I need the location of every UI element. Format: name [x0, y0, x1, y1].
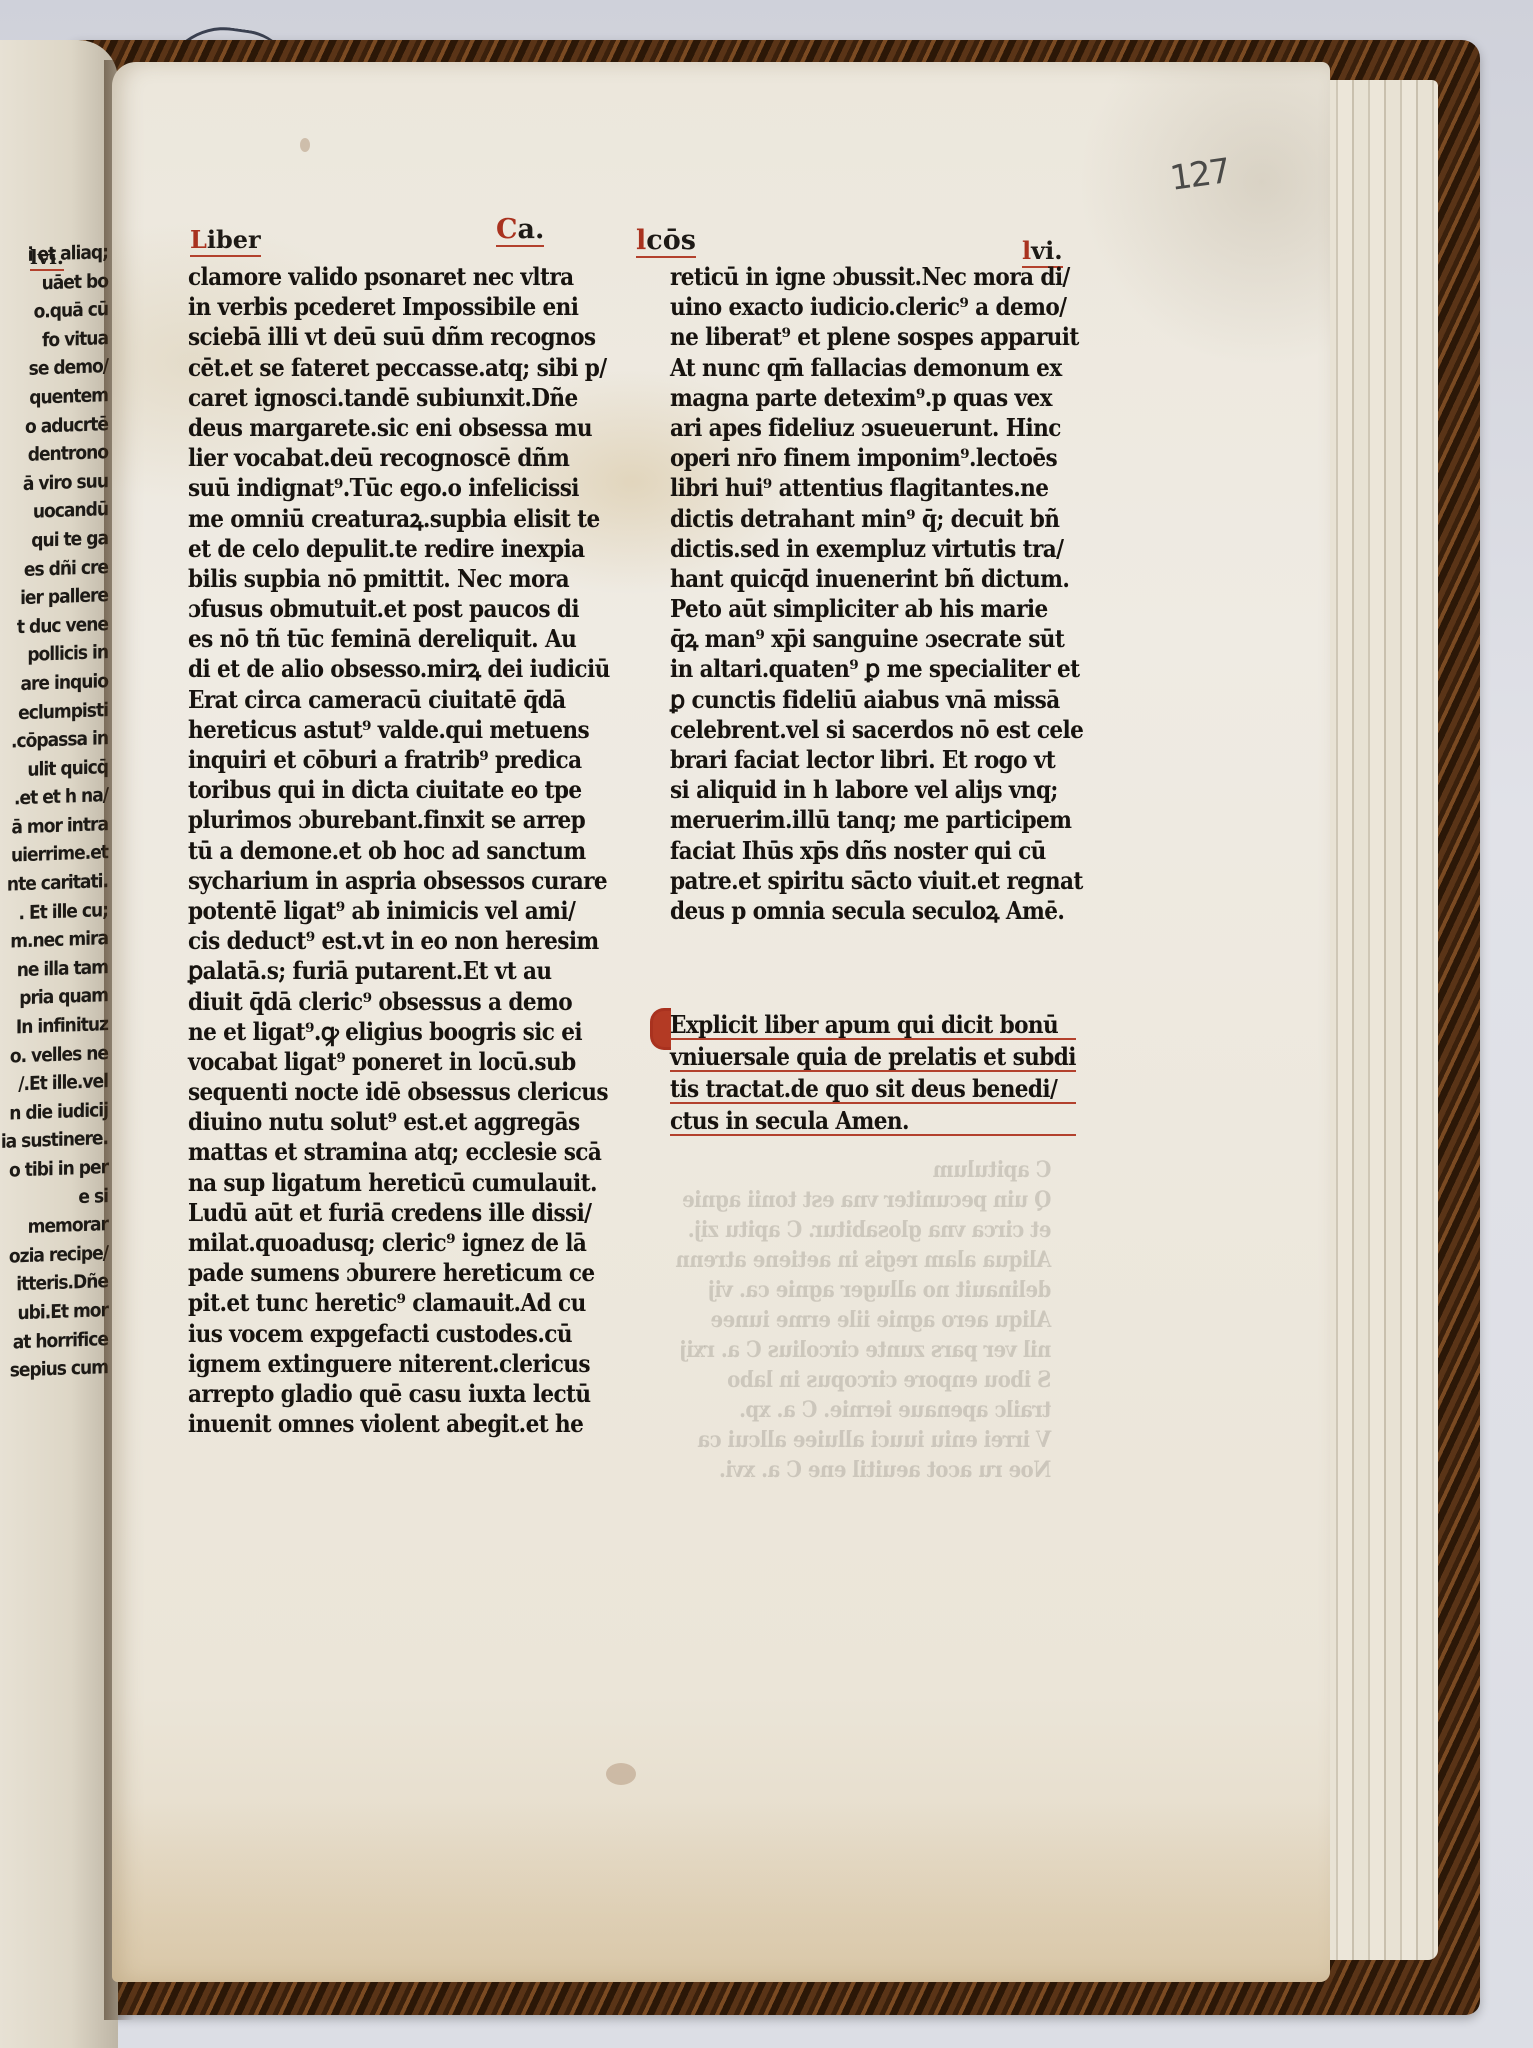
show-through-line: et circa vna glosabitur. C apitu zij. [676, 1215, 1051, 1245]
colophon-line: tis tractat.de quo sit deus benedi/ [670, 1074, 1076, 1104]
text-line: ignem extinguere niterent.clericus [188, 1349, 608, 1379]
left-page-line: .et et h na/ [0, 781, 108, 813]
folio-number: 127 [1168, 151, 1232, 199]
left-page-line: o.quā cū [0, 295, 108, 327]
text-line: ari apes fideliuz ɔsueuerunt. Hinc [670, 413, 1090, 443]
text-line: lier vocabat.deū recognoscē dñm [188, 443, 608, 473]
text-line: potentē ligat⁹ ab inimicis vel ami/ [188, 896, 608, 926]
text-line: pit.et tunc heretic⁹ clamauit.Ad cu [188, 1288, 608, 1318]
text-line: es nō tñ tūc feminā dereliquit. Au [188, 624, 608, 654]
text-line: in verbis pcederet Impossibile eni [188, 292, 608, 322]
left-page-line: es dñi cre [0, 553, 108, 585]
text-line: Ludū aūt et furiā credens ille dissi/ [188, 1198, 608, 1228]
text-line: diuit q̄dā cleric⁹ obsessus a demo [188, 987, 608, 1017]
text-line: sciebā illi vt deū suū dñm recognos [188, 322, 608, 352]
left-page-line: pria quam [0, 982, 108, 1014]
left-facing-page: lvi. i et aliaq;uāet boo.quā cūfo vituas… [0, 40, 118, 2048]
left-page-line: uāet bo [0, 267, 108, 299]
text-line: si aliquid in h labore vel aliȷs vnq; [670, 775, 1090, 805]
text-line: libri hui⁹ attentius flagitantes.ne [670, 473, 1090, 503]
left-page-line: uierrime.et [0, 839, 108, 871]
show-through-line: Noe ru acot aeuitil ene C a. xvi. [676, 1455, 1051, 1485]
rubricated-paragraph-mark [650, 1008, 671, 1050]
left-page-text: i et aliaq;uāet boo.quā cūfo vituase dem… [0, 238, 108, 1386]
text-line: ꝑalatā.s; furiā putarent.Et vt au [188, 956, 608, 986]
text-line: ɔfusus obmutuit.et post paucos di [188, 594, 608, 624]
text-line: mattas et stramina atq; ecclesie scā [188, 1137, 608, 1167]
colophon-line: vniuersale quia de prelatis et subdi [670, 1042, 1076, 1072]
left-page-line: ulit quicq̄ [0, 753, 108, 785]
text-line: dictis detrahant min⁹ q̄; decuit bñ [670, 504, 1090, 534]
left-page-line: ne illa tam [0, 953, 108, 985]
show-through-line: C apitulum [676, 1155, 1051, 1185]
left-page-line: are inquio [0, 667, 108, 699]
left-page-line: dentrono [0, 438, 108, 470]
left-page-line: In infinituz [0, 1010, 108, 1042]
text-line: clamore valido psonaret nec vltra [188, 262, 608, 292]
running-head-capitulum: Ca. [496, 215, 544, 247]
text-line: inuenit omnes violent abegit.et he [188, 1409, 608, 1439]
text-line: et de celo depulit.te redire inexpia [188, 534, 608, 564]
left-page-line: quentem [0, 381, 108, 413]
left-page-line: uocandū [0, 495, 108, 527]
left-page-line: se demo/ [0, 352, 108, 384]
left-page-line: n die iudicij [0, 1096, 108, 1128]
text-line: operi nr̄o finem imponim⁹.lectoēs [670, 443, 1090, 473]
left-page-line: ā viro suu [0, 467, 108, 499]
text-line: ne liberat⁹ et plene sospes apparuit [670, 322, 1090, 352]
left-page-line: at horrifice [0, 1325, 108, 1357]
left-page-line: . Et ille cu; [0, 896, 108, 928]
left-page-line: fo vitua [0, 324, 108, 356]
show-through-line: S ibou enpore circopus in labo [676, 1365, 1051, 1395]
left-page-line: ubi.Et mor [0, 1296, 108, 1328]
left-page-line: qui te ga [0, 524, 108, 556]
left-page-line: o aducrtē [0, 410, 108, 442]
left-page-line: /.Et ille.vel [0, 1067, 108, 1099]
running-head-title: lcōs [636, 226, 696, 258]
colophon-line: Explicit liber apum qui dicit bonū [670, 1010, 1076, 1040]
text-line: reticū in igne ɔbussit.Nec mora di/ [670, 262, 1090, 292]
left-page-line: ozia recipe/ [0, 1239, 108, 1271]
text-line: hant quicq̄d inuenerint bñ dictum. [670, 564, 1090, 594]
text-line: cēt.et se fateret peccasse.atq; sibi p/ [188, 353, 608, 383]
text-line: q̄ꝝ man⁹ xp̄i sanguine ɔsecrate sūt [670, 624, 1090, 654]
show-through-line: Q uin pecuniter vna est tonii agnie [676, 1185, 1051, 1215]
text-line: deus margarete.sic eni obsessa mu [188, 413, 608, 443]
text-line: in altari.quaten⁹ ꝑ me specialiter et [670, 654, 1090, 684]
text-line: diuino nutu solut⁹ est.et aggregās [188, 1107, 608, 1137]
show-through-line: V irrei eniu iuuci alluiee allcui ca [676, 1425, 1051, 1455]
text-line: deus p omnia secula seculoꝝ Amē. [670, 896, 1090, 926]
text-line: milat.quoadusq; cleric⁹ ignez de lā [188, 1228, 608, 1258]
text-line: sequenti nocte idē obsessus clericus [188, 1077, 608, 1107]
show-through-line: nil ver pars zunte circolius C a. rxij [676, 1335, 1051, 1365]
text-column-right: reticū in igne ɔbussit.Nec mora di/uino … [670, 262, 1090, 926]
left-page-line: pollicis in [0, 638, 108, 670]
left-page-line: ia sustinere. [0, 1125, 108, 1157]
text-line: Peto aūt simpliciter ab his marie [670, 594, 1090, 624]
left-page-line: sepius cum [0, 1353, 108, 1385]
left-page-line: itteris.Dñe [0, 1267, 108, 1299]
left-page-line: t duc vene [0, 610, 108, 642]
text-line: patre.et spiritu sācto viuit.et regnat [670, 866, 1090, 896]
text-column-left: clamore valido psonaret nec vltrain verb… [188, 262, 608, 1439]
page-stain [112, 1802, 1330, 1982]
text-line: tū a demone.et ob hoc ad sanctum [188, 836, 608, 866]
text-line: plurimos ɔburebant.finxit se arrep [188, 805, 608, 835]
text-line: caret ignosci.tandē subiunxit.Dñe [188, 383, 608, 413]
show-through-line: Aliqu aero agnie iile erme iunee [676, 1305, 1051, 1335]
text-line: di et de alio obsesso.mirꝝ dei iudiciū [188, 654, 608, 684]
left-page-line: ā mor intra [0, 810, 108, 842]
colophon: Explicit liber apum qui dicit bonūvniuer… [670, 1010, 1076, 1138]
left-page-line: eclumpisti [0, 696, 108, 728]
left-page-line: nte caritati. [0, 867, 108, 899]
text-line: ꝑ cunctis fideliū aiabus vnā missā [670, 685, 1090, 715]
left-page-line: m.nec mira [0, 924, 108, 956]
show-through-line: trailc apenaue iernie. C a. xp. [676, 1395, 1051, 1425]
left-page-line: .cōpassa in [0, 724, 108, 756]
text-line: sycharium in aspria obsessos curare [188, 866, 608, 896]
left-page-line: o tibi in per [0, 1153, 108, 1185]
colophon-line: ctus in secula Amen. [670, 1106, 1076, 1136]
text-line: ius vocem expgefacti custodes.cū [188, 1319, 608, 1349]
text-line: uino exacto iudicio.cleric⁹ a demo/ [670, 292, 1090, 322]
show-through-text: C apitulumQ uin pecuniter vna est tonii … [676, 1155, 1051, 1485]
text-line: Erat circa cameracū ciuitatē q̄dā [188, 685, 608, 715]
text-line: celebrent.vel si sacerdos nō est cele [670, 715, 1090, 745]
text-line: me omniū creaturaꝝ.supbia elisit te [188, 504, 608, 534]
text-line: At nunc qm̄ fallacias demonum ex [670, 353, 1090, 383]
text-line: ne et ligat⁹.ꝙ eligius boogris sic ei [188, 1017, 608, 1047]
show-through-line: Aliqua alam regis in aetiene atrenn [676, 1245, 1051, 1275]
text-line: na sup ligatum hereticū cumulauit. [188, 1168, 608, 1198]
left-page-line: ier pallere [0, 581, 108, 613]
text-line: cis deduct⁹ est.vt in eo non heresim [188, 926, 608, 956]
text-line: hereticus astut⁹ valde.qui metuens [188, 715, 608, 745]
running-head-liber: Liber [190, 225, 261, 257]
text-line: bilis supbia nō pmittit. Nec mora [188, 564, 608, 594]
text-line: suū indignat⁹.Tūc ego.o infelicissi [188, 473, 608, 503]
text-line: pade sumens ɔburere hereticum ce [188, 1258, 608, 1288]
show-through-line: delinauit no alluger agnie ca. vij [676, 1275, 1051, 1305]
text-line: magna parte detexim⁹.p quas vex [670, 383, 1090, 413]
text-line: vocabat ligat⁹ poneret in locū.sub [188, 1047, 608, 1077]
text-line: brari faciat lector libri. Et rogo vt [670, 745, 1090, 775]
text-line: toribus qui in dicta ciuitate eo tpe [188, 775, 608, 805]
foxing-spot [606, 1763, 636, 1785]
text-line: faciat Ihūs xp̄s dñs noster qui cū [670, 836, 1090, 866]
text-line: dictis.sed in exempluz virtutis tra/ [670, 534, 1090, 564]
left-page-line: e si memorar [0, 1182, 108, 1243]
text-line: arrepto gladio quē casu iuxta lectū [188, 1379, 608, 1409]
text-line: meruerim.illū tanq; me participem [670, 805, 1090, 835]
left-page-line: i et aliaq; [0, 238, 108, 270]
foxing-spot [300, 138, 310, 152]
text-line: inquiri et cōburi a fratrib⁹ predica [188, 745, 608, 775]
left-page-line: o. velles ne [0, 1039, 108, 1071]
